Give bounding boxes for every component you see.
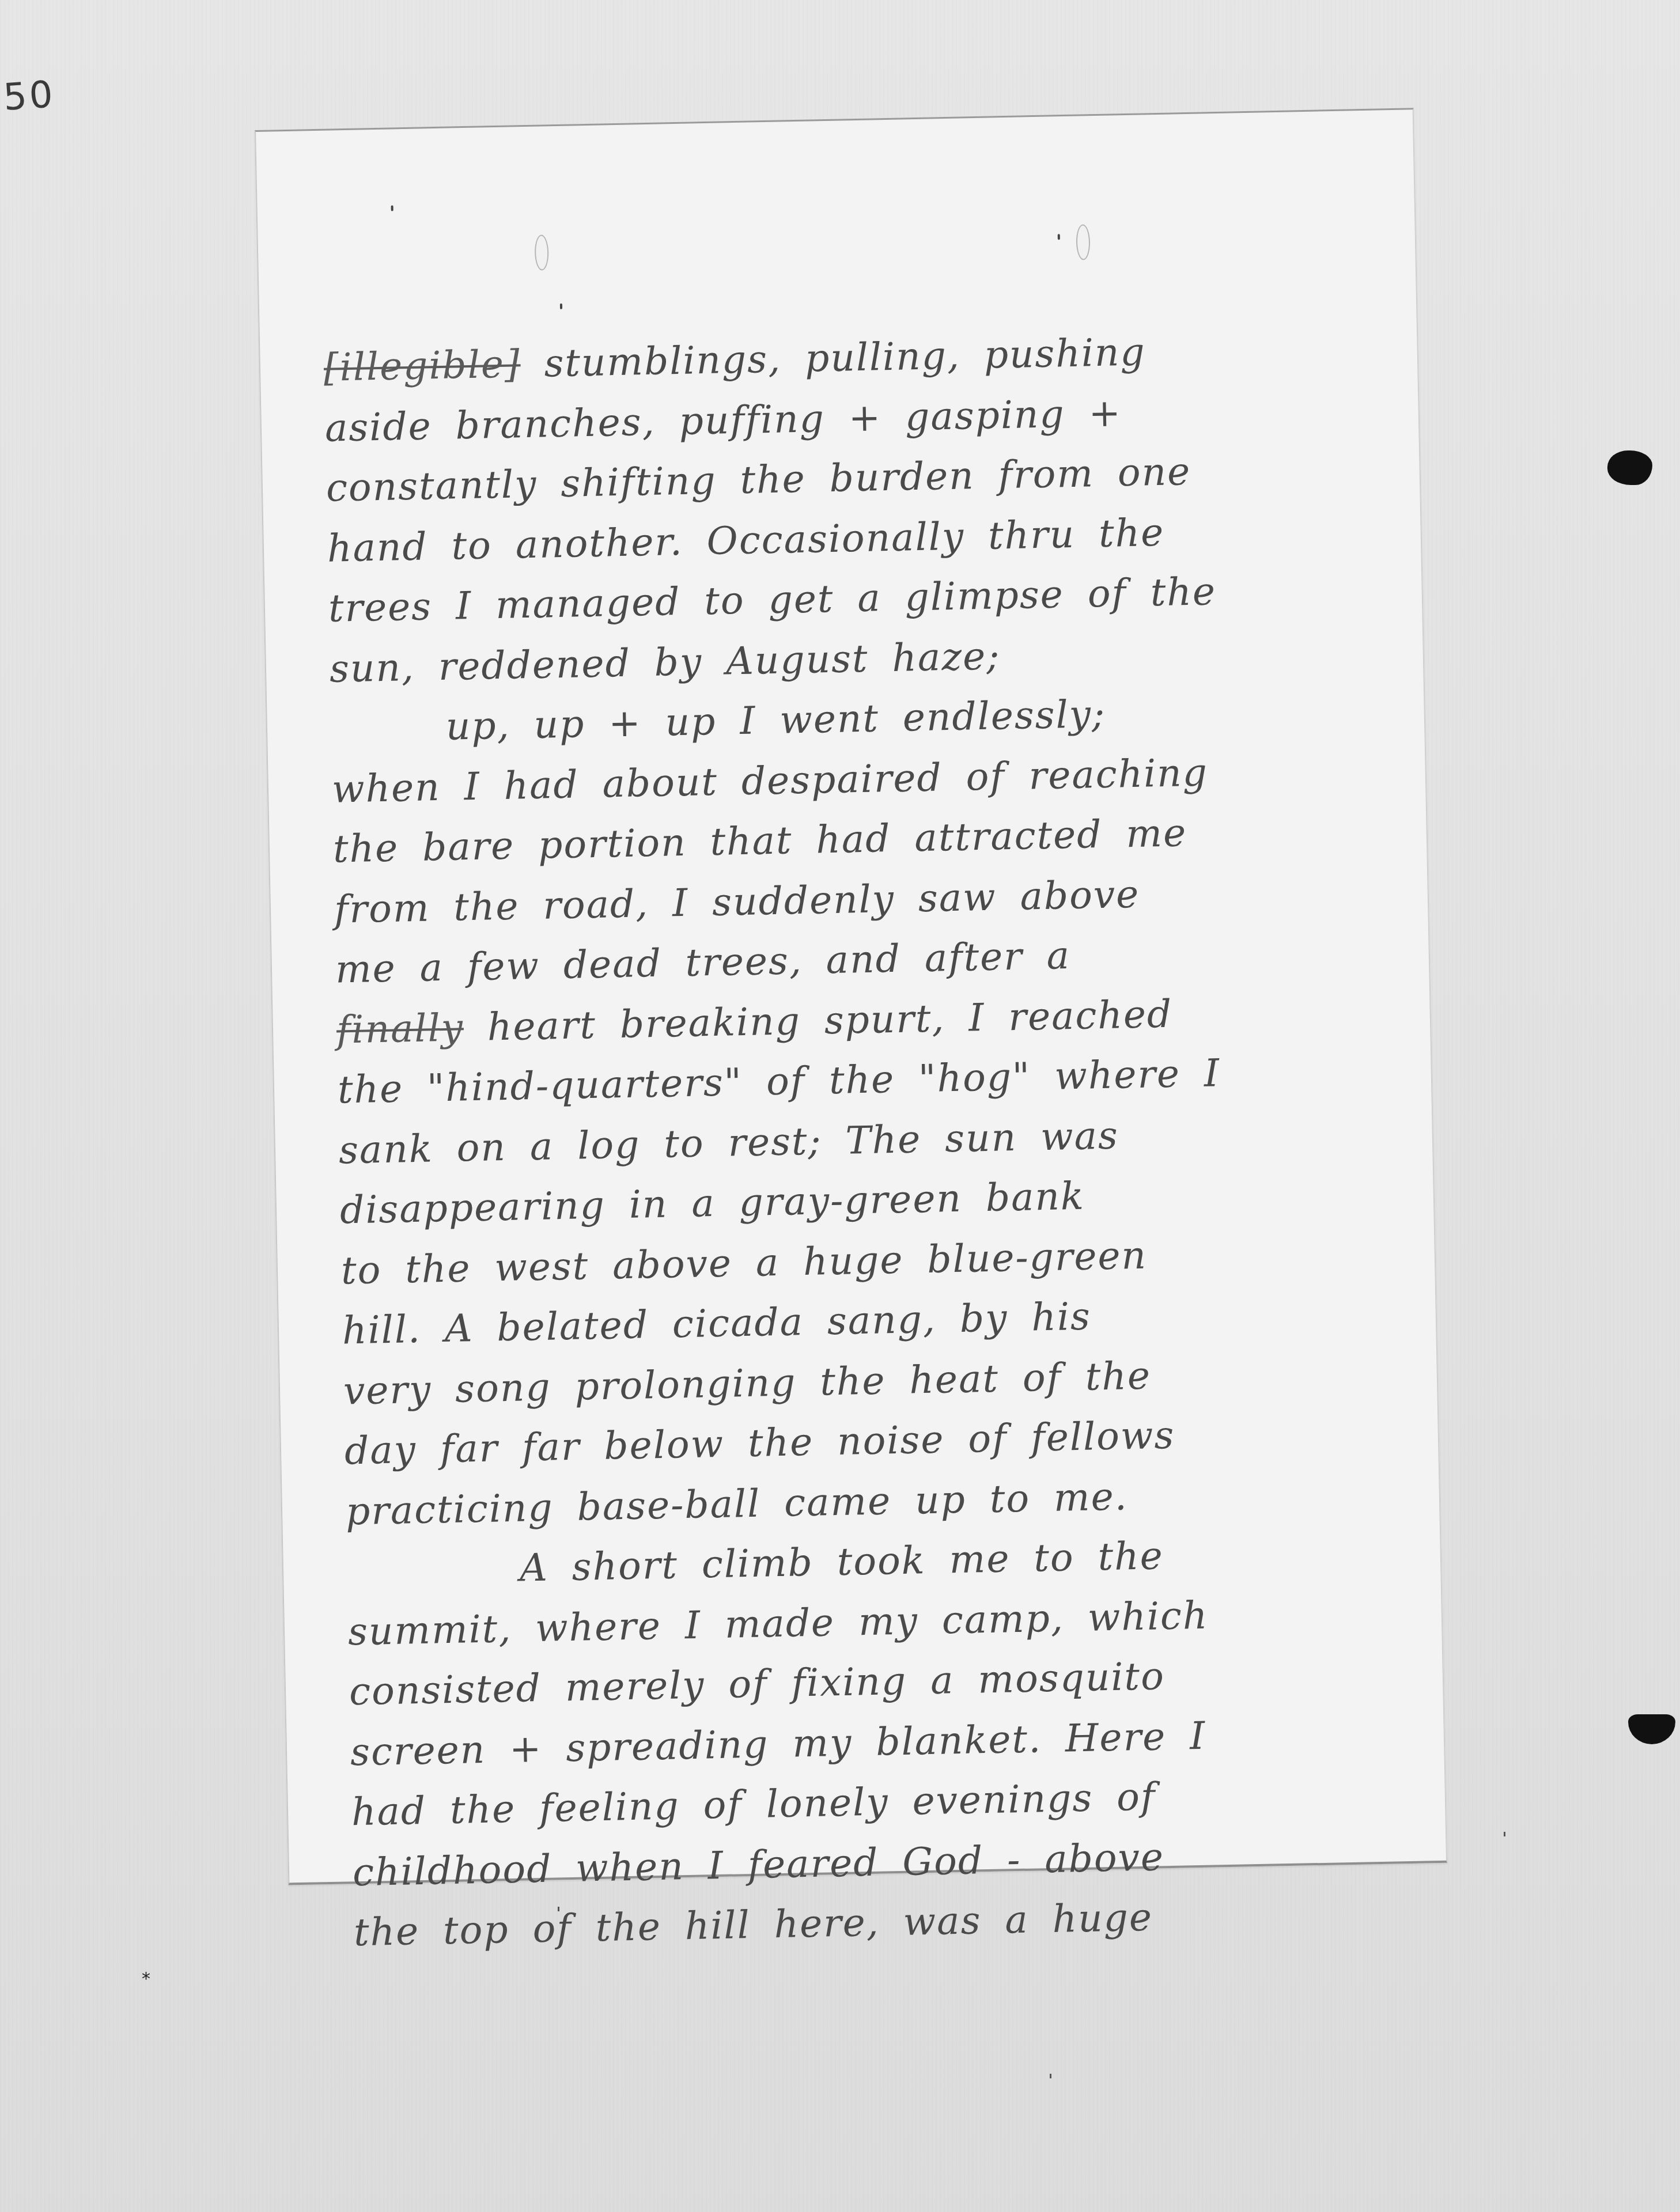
punch-hole-left bbox=[535, 234, 549, 270]
struck-word: finally bbox=[336, 1005, 464, 1052]
punch-hole-right bbox=[1076, 224, 1090, 260]
page-number: 50 bbox=[2, 73, 56, 119]
struck-word: [illegible] bbox=[323, 342, 521, 390]
backdrop-speck bbox=[558, 1907, 559, 1911]
backdrop-speck bbox=[1050, 2074, 1051, 2078]
manuscript-sheet: [illegible] stumblings, pulling, pushing… bbox=[255, 108, 1447, 1885]
paper-speck bbox=[560, 304, 562, 309]
backdrop-speck bbox=[1504, 1832, 1505, 1836]
asterisk-mark: * bbox=[142, 1969, 150, 1989]
paper-speck bbox=[1058, 234, 1060, 240]
ink-blot-upper bbox=[1607, 450, 1652, 485]
paper-speck bbox=[391, 205, 393, 211]
handwritten-text-body: [illegible] stumblings, pulling, pushing… bbox=[323, 317, 1426, 1963]
